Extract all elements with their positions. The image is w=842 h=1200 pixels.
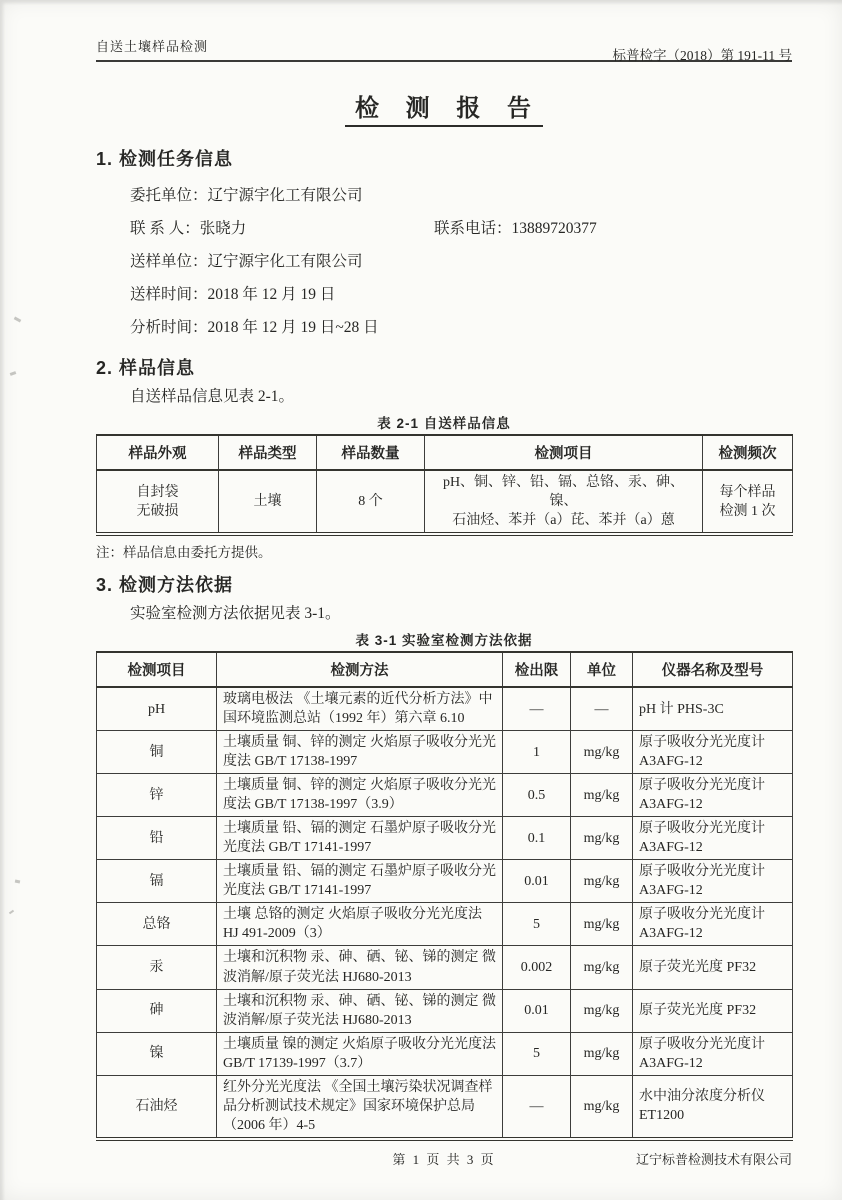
- cell-items: pH、铜、锌、铅、镉、总铬、汞、砷、镍、 石油烃、苯并（a）芘、苯并（a）蒽: [425, 470, 703, 534]
- field-value: 2018 年 12 月 19 日~28 日: [208, 319, 379, 336]
- scan-artifact: [15, 880, 21, 884]
- cell-item: 总铬: [97, 903, 217, 946]
- col-header: 检测方法: [217, 652, 503, 687]
- running-header: 自送土壤样品检测 标普检字（2018）第 191-11 号: [96, 36, 792, 62]
- table-row: 总铬 土壤 总铬的测定 火焰原子吸收分光光度法 HJ 491-2009（3） 5…: [97, 903, 793, 946]
- cell-item: 石油烃: [97, 1075, 217, 1139]
- cell-instrument: 原子吸收分光光度计 A3AFG-12: [633, 903, 793, 946]
- cell-limit: —: [503, 687, 571, 731]
- footer-company: 辽宁标普检测技术有限公司: [636, 1149, 792, 1168]
- field-label: 分析时间：: [130, 319, 208, 336]
- cell-method: 土壤质量 铜、锌的测定 火焰原子吸收分光光度法 GB/T 17138-1997: [217, 731, 503, 774]
- field-analysis-date: 分析时间：2018 年 12 月 19 日~28 日: [96, 311, 792, 344]
- col-header: 检测频次: [703, 435, 793, 470]
- cell-limit: 5: [503, 903, 571, 946]
- cell-limit: 0.002: [503, 946, 571, 989]
- table-row: 镍 土壤质量 镍的测定 火焰原子吸收分光光度法 GB/T 17139-1997（…: [97, 1032, 793, 1075]
- col-header: 检测项目: [97, 652, 217, 687]
- cell-instrument: 原子荧光光度 PF32: [633, 946, 793, 989]
- cell-method: 土壤 总铬的测定 火焰原子吸收分光光度法 HJ 491-2009（3）: [217, 903, 503, 946]
- cell-unit: mg/kg: [571, 946, 633, 989]
- cell-type: 土壤: [219, 470, 317, 534]
- scan-artifact: [14, 317, 22, 323]
- cell-unit: mg/kg: [571, 731, 633, 774]
- field-contact: 联 系 人：张晓力 联系电话：13889720377: [96, 212, 792, 245]
- methods-table: 检测项目 检测方法 检出限 单位 仪器名称及型号 pH 玻璃电极法 《土壤元素的…: [96, 651, 793, 1141]
- table-header-row: 样品外观 样品类型 样品数量 检测项目 检测频次: [97, 435, 793, 470]
- table-row: 砷 土壤和沉积物 汞、砷、硒、铋、锑的测定 微波消解/原子荧光法 HJ680-2…: [97, 989, 793, 1032]
- cell-item: 镉: [97, 860, 217, 903]
- cell-unit: mg/kg: [571, 1032, 633, 1075]
- field-value: 13889720377: [512, 220, 597, 237]
- page-content: 自送土壤样品检测 标普检字（2018）第 191-11 号 检 测 报 告 1.…: [96, 36, 792, 1169]
- report-title: 检 测 报 告: [96, 88, 792, 123]
- field-label: 委托单位：: [130, 187, 208, 204]
- cell-item: 砷: [97, 989, 217, 1032]
- field-value: 辽宁源宇化工有限公司: [208, 187, 363, 204]
- report-page: 自送土壤样品检测 标普检字（2018）第 191-11 号 检 测 报 告 1.…: [0, 0, 842, 1200]
- table-row: 镉 土壤质量 铅、镉的测定 石墨炉原子吸收分光光度法 GB/T 17141-19…: [97, 860, 793, 903]
- cell-frequency: 每个样品 检测 1 次: [703, 470, 793, 534]
- cell-item: 锌: [97, 774, 217, 817]
- cell-unit: mg/kg: [571, 989, 633, 1032]
- cell-instrument: 原子吸收分光光度计 A3AFG-12: [633, 1032, 793, 1075]
- sample-info-intro: 自送样品信息见表 2-1。: [96, 384, 792, 406]
- col-header: 单位: [571, 652, 633, 687]
- table-row: 铅 土壤质量 铅、镉的测定 石墨炉原子吸收分光光度法 GB/T 17141-19…: [97, 817, 793, 860]
- scan-artifact: [9, 910, 14, 915]
- table-row: 自封袋 无破损 土壤 8 个 pH、铜、锌、铅、镉、总铬、汞、砷、镍、 石油烃、…: [97, 470, 793, 534]
- field-send-date: 送样时间：2018 年 12 月 19 日: [96, 278, 792, 311]
- section-heading-methods: 3. 检测方法依据: [96, 571, 792, 597]
- header-subject: 自送土壤样品检测: [96, 36, 208, 55]
- table31-caption: 表 3-1 实验室检测方法依据: [96, 629, 792, 649]
- table21-note: 注：样品信息由委托方提供。: [96, 541, 792, 561]
- cell-instrument: 原子吸收分光光度计 A3AFG-12: [633, 817, 793, 860]
- cell-unit: mg/kg: [571, 817, 633, 860]
- cell-limit: 0.5: [503, 774, 571, 817]
- cell-limit: 0.01: [503, 989, 571, 1032]
- cell-instrument: 原子吸收分光光度计 A3AFG-12: [633, 860, 793, 903]
- field-value: 2018 年 12 月 19 日: [208, 286, 336, 303]
- cell-method: 土壤和沉积物 汞、砷、硒、铋、锑的测定 微波消解/原子荧光法 HJ680-201…: [217, 989, 503, 1032]
- section-heading-sample-info: 2. 样品信息: [96, 354, 792, 380]
- cell-limit: 0.01: [503, 860, 571, 903]
- field-sender: 送样单位：辽宁源宇化工有限公司: [96, 245, 792, 278]
- table-row: 铜 土壤质量 铜、锌的测定 火焰原子吸收分光光度法 GB/T 17138-199…: [97, 731, 793, 774]
- table-row: 锌 土壤质量 铜、锌的测定 火焰原子吸收分光光度法 GB/T 17138-199…: [97, 774, 793, 817]
- field-phone: 联系电话：13889720377: [434, 212, 597, 245]
- cell-method: 玻璃电极法 《土壤元素的近代分析方法》中国环境监测总站（1992 年）第六章 6…: [217, 687, 503, 731]
- table-row: 汞 土壤和沉积物 汞、砷、硒、铋、锑的测定 微波消解/原子荧光法 HJ680-2…: [97, 946, 793, 989]
- cell-method: 土壤和沉积物 汞、砷、硒、铋、锑的测定 微波消解/原子荧光法 HJ680-201…: [217, 946, 503, 989]
- cell-unit: mg/kg: [571, 774, 633, 817]
- cell-unit: mg/kg: [571, 903, 633, 946]
- cell-method: 红外分光光度法 《全国土壤污染状况调查样品分析测试技术规定》国家环境保护总局（2…: [217, 1075, 503, 1139]
- cell-item: 镍: [97, 1032, 217, 1075]
- col-header: 样品类型: [219, 435, 317, 470]
- table-row: pH 玻璃电极法 《土壤元素的近代分析方法》中国环境监测总站（1992 年）第六…: [97, 687, 793, 731]
- cell-instrument: 水中油分浓度分析仪 ET1200: [633, 1075, 793, 1139]
- scan-artifact: [10, 371, 17, 376]
- page-footer: 第 1 页 共 3 页 辽宁标普检测技术有限公司: [96, 1149, 792, 1169]
- cell-instrument: pH 计 PHS-3C: [633, 687, 793, 731]
- field-label: 联系电话：: [434, 220, 512, 237]
- cell-unit: —: [571, 687, 633, 731]
- report-number: 标普检字（2018）第 191-11 号: [613, 44, 793, 64]
- methods-intro: 实验室检测方法依据见表 3-1。: [96, 601, 792, 623]
- table-row: 石油烃 红外分光光度法 《全国土壤污染状况调查样品分析测试技术规定》国家环境保护…: [97, 1075, 793, 1139]
- cell-item: pH: [97, 687, 217, 731]
- field-value: 张晓力: [200, 220, 247, 237]
- cell-quantity: 8 个: [317, 470, 425, 534]
- cell-unit: mg/kg: [571, 1075, 633, 1139]
- cell-method: 土壤质量 铅、镉的测定 石墨炉原子吸收分光光度法 GB/T 17141-1997: [217, 817, 503, 860]
- cell-limit: 1: [503, 731, 571, 774]
- table21-caption: 表 2-1 自送样品信息: [96, 412, 792, 432]
- cell-instrument: 原子荧光光度 PF32: [633, 989, 793, 1032]
- cell-item: 铜: [97, 731, 217, 774]
- cell-unit: mg/kg: [571, 860, 633, 903]
- cell-method: 土壤质量 铅、镉的测定 石墨炉原子吸收分光光度法 GB/T 17141-1997: [217, 860, 503, 903]
- col-header: 检测项目: [425, 435, 703, 470]
- col-header: 仪器名称及型号: [633, 652, 793, 687]
- field-value: 辽宁源宇化工有限公司: [208, 253, 363, 270]
- cell-method: 土壤质量 镍的测定 火焰原子吸收分光光度法 GB/T 17139-1997（3.…: [217, 1032, 503, 1075]
- col-header: 样品外观: [97, 435, 219, 470]
- cell-item: 铅: [97, 817, 217, 860]
- table-header-row: 检测项目 检测方法 检出限 单位 仪器名称及型号: [97, 652, 793, 687]
- col-header: 检出限: [503, 652, 571, 687]
- cell-method: 土壤质量 铜、锌的测定 火焰原子吸收分光光度法 GB/T 17138-1997（…: [217, 774, 503, 817]
- cell-item: 汞: [97, 946, 217, 989]
- cell-limit: 0.1: [503, 817, 571, 860]
- cell-appearance: 自封袋 无破损: [97, 470, 219, 534]
- section-heading-task-info: 1. 检测任务信息: [96, 145, 792, 171]
- field-label: 送样单位：: [130, 253, 208, 270]
- col-header: 样品数量: [317, 435, 425, 470]
- field-label: 送样时间：: [130, 286, 208, 303]
- field-client: 委托单位：辽宁源宇化工有限公司: [96, 179, 792, 212]
- field-label: 联 系 人：: [130, 220, 200, 237]
- cell-limit: 5: [503, 1032, 571, 1075]
- cell-instrument: 原子吸收分光光度计 A3AFG-12: [633, 731, 793, 774]
- sample-table: 样品外观 样品类型 样品数量 检测项目 检测频次 自封袋 无破损 土壤 8 个 …: [96, 434, 793, 536]
- cell-limit: —: [503, 1075, 571, 1139]
- cell-instrument: 原子吸收分光光度计 A3AFG-12: [633, 774, 793, 817]
